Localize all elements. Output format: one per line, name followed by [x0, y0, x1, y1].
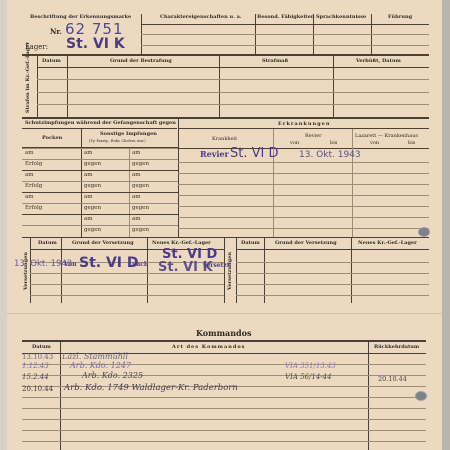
kdo-row-3-art: Arb. Kdo. 2325: [82, 371, 143, 380]
sonstige-cell: am: [132, 194, 141, 200]
impfungen-title: Schutzimpfungen während der Gefangenscha…: [25, 120, 176, 126]
vers-col-datum-right: Datum: [241, 240, 260, 246]
sonstige-cell: am: [84, 172, 93, 178]
vers-col-grund-right: Grund der Versetzung: [275, 240, 337, 246]
kdo-col-rueckkehr: Rückkehrdatum: [374, 344, 419, 350]
sonstige-cell: am: [132, 216, 141, 222]
col-sprachen: Sprachkenntnisse: [316, 14, 366, 20]
sonstige-sub: (Ty.-Paraty., Ruhr, Cholera usw.): [89, 139, 146, 143]
versetzung-versetzt: versetzt: [203, 262, 230, 269]
pocken-cell: Erfolg: [25, 161, 42, 167]
kdo-row-2-note: VIA 351/13.43: [285, 362, 336, 370]
sonstige-cell: gegen: [132, 205, 149, 211]
kdo-row-1-date: 13.10.43: [22, 353, 53, 361]
sonstige-cell: gegen: [132, 227, 149, 233]
sonstige-cell: am: [84, 150, 93, 156]
sonstige-cell: gegen: [84, 227, 101, 233]
versetzungen-side-label-right: Versetzungen: [227, 252, 233, 290]
strafen-col-strafmass: Strafmaß: [262, 58, 288, 64]
strafen-col-verbuesst: Verbüßt, Datum: [356, 58, 401, 64]
kdo-row-2-art: Arb. Kdo. 1247: [70, 361, 131, 370]
revier-bis: bis: [330, 140, 337, 146]
col-fuehrung: Führung: [388, 14, 412, 20]
vers-col-datum-left: Datum: [38, 240, 57, 246]
kdo-row-3-note: VIA 56/14-44: [285, 373, 332, 381]
page-edge: [442, 0, 450, 450]
vers-col-grund-left: Grund der Versetzung: [72, 240, 134, 246]
kdo-row-4-art: Arb. Kdo. 1749 Waldlager-Kr. Paderborn: [64, 383, 238, 393]
kdo-row-4-date: 20.10.44: [22, 385, 53, 393]
sonstige-cell: am: [132, 172, 141, 178]
lager-stamp: St. VI K: [66, 36, 125, 52]
versetzung-from-lager: St. VI D: [79, 255, 139, 271]
sonstige-cell: gegen: [84, 205, 101, 211]
sonstige-cell: am: [132, 150, 141, 156]
sonstige-cell: gegen: [84, 161, 101, 167]
vers-col-lager-right: Neues Kr.-Gef.-Lager: [358, 240, 417, 246]
sonstige-cell: am: [84, 216, 93, 222]
sonstige-cell: gegen: [132, 161, 149, 167]
strafen-side-label: Strafen im Kr.-Gef.-Lager: [25, 42, 31, 113]
lazarett-label: Lazarett — Krankenhaus: [355, 133, 418, 139]
revier-label: Revier: [305, 133, 322, 139]
pocken-cell: Erfolg: [25, 205, 42, 211]
versetzung-nach: nach: [132, 261, 148, 268]
versetzungen-side-label-left: Versetzungen: [23, 252, 29, 290]
punch-hole: [415, 391, 427, 401]
strafen-col-datum: Datum: [42, 58, 61, 64]
col-charakter: Charaktereigenschaften u. a.: [160, 14, 242, 20]
fold-line: [7, 313, 442, 314]
revier-date-stamp: 13. Okt. 1943: [299, 150, 361, 160]
kdo-row-3-return: 20.10.44: [378, 375, 407, 383]
sonstige-label: Sonstige Impfungen: [100, 131, 157, 137]
kdo-col-datum: Datum: [32, 344, 51, 350]
punch-hole: [418, 227, 430, 237]
pocken-label: Pocken: [42, 135, 62, 141]
col-faehigkeiten: Besond. Fähigkeiten: [257, 14, 314, 20]
vers-col-lager-left: Neues Kr.-Gef.-Lager: [152, 240, 211, 246]
nr-label: Nr.: [50, 27, 62, 36]
versetzung-von: Von: [64, 261, 76, 268]
sonstige-cell: gegen: [84, 183, 101, 189]
sonstige-cell: gegen: [132, 183, 149, 189]
revier-von: von: [290, 140, 299, 146]
strafen-col-grund: Grund der Bestrafung: [110, 58, 172, 64]
krankheit-label: Krankheit: [212, 136, 237, 142]
pocken-cell: am: [25, 172, 34, 178]
kdo-row-1-art: Lazl. Stammühll: [62, 352, 128, 361]
kdo-row-2-date: 1.12.43: [22, 362, 49, 370]
pocken-cell: am: [25, 194, 34, 200]
kdo-row-3-date: 15.2.44: [22, 373, 49, 381]
sonstige-cell: am: [84, 194, 93, 200]
erkrankungen-title: Erkrankungen: [278, 121, 330, 127]
lazarett-von: von: [370, 140, 379, 146]
lazarett-bis: bis: [408, 140, 415, 146]
kdo-col-art: Art des Kommandos: [172, 344, 245, 350]
pocken-cell: am: [25, 150, 34, 156]
kommandos-title: Kommandos: [196, 328, 251, 338]
revier-lager-stamp: St. VI D: [230, 146, 278, 161]
pocken-cell: Erfolg: [25, 183, 42, 189]
revier-stamp: Revier: [200, 149, 229, 159]
